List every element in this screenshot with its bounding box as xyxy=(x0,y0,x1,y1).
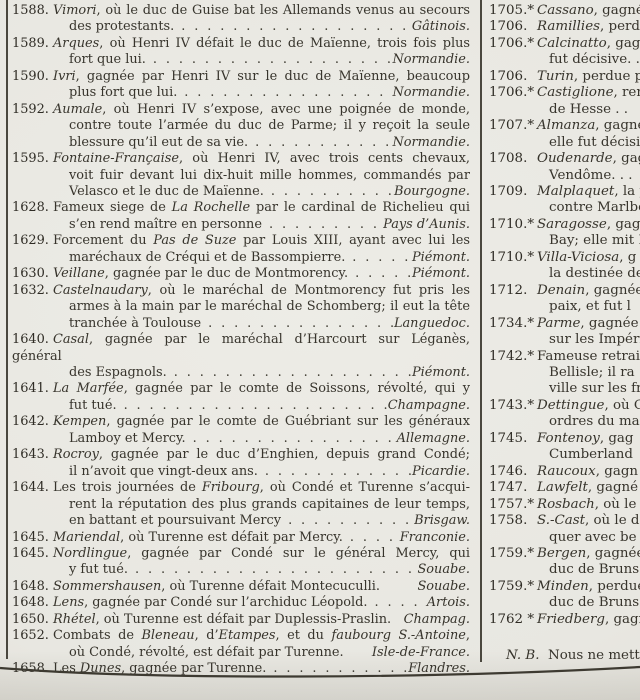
text-run: , gagnée par le duc d’Enghien, depuis gr… xyxy=(99,447,470,462)
entry-line: où Condé, révolté, est défait par Turenn… xyxy=(12,645,470,661)
place-name: Villa-Viciosa xyxy=(537,250,619,265)
entry-line: 1590.Ivri, gagnée par Henri IV sur le du… xyxy=(12,69,470,85)
entry-line: contre toute l’armée du duc de Parme; il… xyxy=(12,118,470,134)
entry-year: 1644. xyxy=(12,480,53,496)
right-column-battle-list-clipped: 1705.*Cassano, gagné1706.Ramillies, perd… xyxy=(489,3,640,665)
entry-text: des Espagnols. xyxy=(69,365,167,381)
text-run: , où le d xyxy=(585,513,640,528)
entry-year: 1628. xyxy=(12,200,53,216)
place-name: Parme xyxy=(537,316,580,331)
region-label: Champag. xyxy=(404,612,470,628)
battle-entry: 1648.Lens, gagnée par Condé sur l’archid… xyxy=(12,595,470,611)
text-run: , où Henri IV défait le duc de Maïenne, … xyxy=(99,36,470,51)
battle-entry: 1595.Fontaine-Française, où Henri IV, av… xyxy=(12,151,470,200)
entry-year: 1592. xyxy=(12,102,53,118)
battle-entry: 1652.Combats de Bleneau, d’Etampes, et d… xyxy=(12,628,470,661)
entry-line: 1650.Rhétel, où Turenne est défait par D… xyxy=(12,612,470,628)
entry-line: fort que lui.. . . . . . . . . . . . . .… xyxy=(12,52,470,68)
entry-line: des protestants.. . . . . . . . . . . . … xyxy=(12,19,470,35)
entry-line: 1648.Lens, gagnée par Condé sur l’archid… xyxy=(12,595,470,611)
region-label: Piémont. xyxy=(412,365,470,381)
battle-entry: 1712.Denain, gagnéepaix, et fut l xyxy=(489,283,640,316)
entry-line: 1589.Arques, où Henri IV défait le duc d… xyxy=(12,36,470,52)
entry-line: Cumberland xyxy=(489,447,640,463)
text-run: , perdue xyxy=(589,579,640,594)
place-name: Denain xyxy=(537,283,585,298)
text-run: , perdue pa xyxy=(574,69,640,84)
dot-leader xyxy=(391,612,403,628)
entry-line: 1645.Nordlingue, gagnée par Condé sur le… xyxy=(12,546,470,562)
text-run: y fut tué. xyxy=(69,562,128,577)
dot-leader: . . . . . . . . . . . . . . . . . . . . … xyxy=(186,431,397,447)
entry-text: Rhétel, où Turenne est défait par Duples… xyxy=(53,612,391,628)
entry-year: 1759.* xyxy=(489,579,537,595)
entry-line: de Hesse . . xyxy=(489,102,640,118)
entry-line: 1588.Vimori, où le duc de Guise bat les … xyxy=(12,3,470,19)
entry-year: 1706. xyxy=(489,19,537,35)
battle-entry: 1641.La Marfée, gagnée par le comte de S… xyxy=(12,381,470,414)
battle-entry: 1759.*Bergen, gagnéeduc de Bruns xyxy=(489,546,640,579)
text-run: ville sur les fro xyxy=(549,381,640,396)
text-run: Velasco et le duc de Maïenne. xyxy=(69,184,264,199)
text-run: de Hesse . . xyxy=(549,102,628,117)
text-run: , gag xyxy=(607,36,640,51)
region-label: Artois. xyxy=(427,595,470,611)
entry-year: 1648. xyxy=(12,595,53,611)
entry-text: fort que lui. xyxy=(69,52,146,68)
battle-entry: 1747.Lawfelt, gagné xyxy=(489,480,640,496)
entry-line: 1706.*Castiglione, rem xyxy=(489,85,640,101)
entry-year: 1640. xyxy=(12,332,53,348)
entry-year: 1652. xyxy=(12,628,53,644)
battle-entry: 1645.Mariendal, où Turenne est défait pa… xyxy=(12,530,470,546)
region-label: Piémont. xyxy=(412,266,470,282)
entry-year: 1588. xyxy=(12,3,53,19)
entry-year: 1642. xyxy=(12,414,53,430)
place-name: Fontenoy xyxy=(537,431,600,446)
text-run: , gagnée par le comte de Soissons, révol… xyxy=(124,381,470,396)
entry-line: elle fut décisi xyxy=(489,135,640,151)
entry-line: la destinée de xyxy=(489,266,640,282)
entry-year: 1710.* xyxy=(489,250,537,266)
entry-line: 1641.La Marfée, gagnée par le comte de S… xyxy=(12,381,470,397)
region-label: Franconie. xyxy=(400,530,470,546)
text-run: , gagnée par le comte de Guébriant sur l… xyxy=(106,414,470,429)
battle-entry: 1708.Oudenarde, gagVendôme. . . xyxy=(489,151,640,184)
battle-entry: 1710.*Saragosse, gagnBay; elle mit P xyxy=(489,217,640,250)
text-run: par Louis XIII, ayant avec lui les xyxy=(236,233,470,248)
scanned-book-page: . . . . . . . . . . . . . . . 1588.Vimor… xyxy=(0,0,640,700)
entry-line: 1710.*Villa-Viciosa, g xyxy=(489,250,640,266)
entry-line: 1709.Malplaquet, la p xyxy=(489,184,640,200)
place-name: Fontaine-Française xyxy=(53,151,179,166)
bottom-horizontal-rule xyxy=(0,660,640,694)
entry-text: blessure qu’il eut de sa vie. xyxy=(69,135,248,151)
dot-leader: . . . . . . . . . . . . . . . . . . . . … xyxy=(174,19,412,35)
text-run: voit fuir devant lui dix-huit mille homm… xyxy=(69,168,470,183)
entry-year: 1734.* xyxy=(489,316,537,332)
entry-line: Lamboy et Mercy.. . . . . . . . . . . . … xyxy=(12,431,470,447)
entry-year: 1630. xyxy=(12,266,53,282)
entry-line: en battant et poursuivant Mercy. . . . .… xyxy=(12,513,470,529)
place-name: La Rochelle xyxy=(172,200,251,215)
battle-entry: 1629.Forcement du Pas de Suze par Louis … xyxy=(12,233,470,266)
place-name: Turin xyxy=(537,69,574,84)
entry-year: 1648. xyxy=(12,579,53,595)
dot-leader: . . . . . . . . . . . . . . . . . . . . … xyxy=(343,530,400,546)
dot-leader xyxy=(344,645,372,661)
entry-line: blessure qu’il eut de sa vie.. . . . . .… xyxy=(12,135,470,151)
entry-line: 1742.*Fameuse retraite xyxy=(489,349,640,365)
battle-entry: 1628.Fameux siege de La Rochelle par le … xyxy=(12,200,470,233)
dot-leader: . . . . . . . . . . . . . . . . . . . . … xyxy=(367,595,426,611)
battle-entry: 1742.*Fameuse retraiteBellisle; il ravil… xyxy=(489,349,640,398)
text-run: , gagnée xyxy=(580,316,638,331)
text-run: des Espagnols. xyxy=(69,365,167,380)
text-run: Bay; elle mit P xyxy=(549,233,640,248)
entry-line: Vendôme. . . xyxy=(489,168,640,184)
battle-entry: 1640.Casal, gagnée par le maréchal d’Har… xyxy=(12,332,470,381)
place-name: faubourg S.-Antoine xyxy=(331,628,465,643)
region-label: Bourgogne. xyxy=(394,184,470,200)
text-run: Fameuse retraite xyxy=(537,349,640,364)
battle-entry: 1632.Castelnaudary, où le maréchal de Mo… xyxy=(12,283,470,332)
text-run: , la p xyxy=(614,184,640,199)
entry-line: Bay; elle mit P xyxy=(489,233,640,249)
dot-leader: . . . . . . . . . . . . . . . . . . . . … xyxy=(146,52,393,68)
left-border-rule xyxy=(6,0,8,659)
text-run: Combats de xyxy=(53,628,141,643)
text-run: paix, et fut l xyxy=(549,299,631,314)
text-run: par le cardinal de Richelieu qui xyxy=(250,200,470,215)
region-label: Souabe. xyxy=(417,562,470,578)
entry-line: 1710.*Saragosse, gagn xyxy=(489,217,640,233)
place-name: Minden xyxy=(537,579,589,594)
text-run: , où le duc de Guise bat les Allemands v… xyxy=(96,3,470,18)
text-run: , gagnée xyxy=(585,283,640,298)
entry-year: 1643. xyxy=(12,447,53,463)
entry-year: 1746. xyxy=(489,464,537,480)
entry-line: 1707.*Almanza, gagné xyxy=(489,118,640,134)
entry-year: 1650. xyxy=(12,612,53,628)
entry-line: 1643.Rocroy, gagnée par le duc d’Enghien… xyxy=(12,447,470,463)
entry-text: des protestants. xyxy=(69,19,174,35)
text-run: , gagné xyxy=(595,118,640,133)
text-run: armes à la main par le maréchal de Schom… xyxy=(69,299,470,314)
place-name: Almanza xyxy=(537,118,595,133)
text-run: , gagn xyxy=(596,464,638,479)
entry-line: 1759.*Minden, perdue xyxy=(489,579,640,595)
text-run: quer avec be xyxy=(549,530,637,545)
text-run: , gagné xyxy=(594,3,640,18)
battle-entry: 1643.Rocroy, gagnée par le duc d’Enghien… xyxy=(12,447,470,480)
text-run: il n’avoit que vingt-deux ans. xyxy=(69,464,258,479)
dot-leader: . . . . . . . . . . . . . . . . . . . . … xyxy=(117,398,388,414)
text-run: ordres du ma xyxy=(549,414,640,429)
text-run: , où le r xyxy=(595,497,640,512)
text-run: en battant et poursuivant Mercy xyxy=(69,513,281,528)
battle-entry: 1706.*Castiglione, remde Hesse . . xyxy=(489,85,640,118)
entry-text: Lamboy et Mercy. xyxy=(69,431,186,447)
dot-leader: . . . . . . . . . . . . . . . . . . . . … xyxy=(167,365,412,381)
dot-leader: . . . . . . . . . . . . . . . . . . . . … xyxy=(128,562,417,578)
text-run: , gagnée par Condé sur l’archiduc Léopol… xyxy=(84,595,367,610)
entry-text: plus fort que lui. xyxy=(69,85,177,101)
region-label: Gâtinois. xyxy=(412,19,470,35)
entry-line: 1592.Aumale, où Henri IV s’expose, avec … xyxy=(12,102,470,118)
entry-line: 1652.Combats de Bleneau, d’Etampes, et d… xyxy=(12,628,470,644)
battle-entry: 1758.S.-Cast, où le dquer avec be xyxy=(489,513,640,546)
text-run: maréchaux de Créqui et de Bassompierre. xyxy=(69,250,345,265)
entry-year: 1707.* xyxy=(489,118,537,134)
battle-entry: 1762 *Friedberg, gagn xyxy=(489,612,640,628)
place-name: Veillane xyxy=(53,266,105,281)
battle-entry: 1710.*Villa-Viciosa, gla destinée de xyxy=(489,250,640,283)
entry-year: 1743.* xyxy=(489,398,537,414)
left-column-battle-list: 1588.Vimori, où le duc de Guise bat les … xyxy=(12,3,470,678)
place-name: Arques xyxy=(53,36,99,51)
entry-line: voit fuir devant lui dix-huit mille homm… xyxy=(12,168,470,184)
entry-line: 1746.Raucoux, gagn xyxy=(489,464,640,480)
entry-year: 1589. xyxy=(12,36,53,52)
entry-line: armes à la main par le maréchal de Schom… xyxy=(12,299,470,315)
text-run: Vendôme. . . xyxy=(549,168,633,183)
entry-line: 1706.Ramillies, perdu xyxy=(489,19,640,35)
region-label: Picardie. xyxy=(412,464,470,480)
text-run: , gagné xyxy=(588,480,638,495)
entry-text: y fut tué. xyxy=(69,562,128,578)
column-divider-rule xyxy=(480,0,482,662)
entry-line: 1629.Forcement du Pas de Suze par Louis … xyxy=(12,233,470,249)
region-label: Normandie. xyxy=(392,52,470,68)
text-run: duc de Bruns xyxy=(549,562,639,577)
text-run: s’en rend maître en personne xyxy=(69,217,262,232)
place-name: Fribourg xyxy=(202,480,260,495)
entry-text: maréchaux de Créqui et de Bassompierre. xyxy=(69,250,345,266)
battle-entry: 1706.*Calcinatto, gagfut décisive. . xyxy=(489,36,640,69)
entry-line: 1757.*Rosbach, où le r xyxy=(489,497,640,513)
entry-line: plus fort que lui.. . . . . . . . . . . … xyxy=(12,85,470,101)
place-name: Raucoux xyxy=(537,464,596,479)
text-run: , où Turenne est défait par Duplessis-Pr… xyxy=(96,612,392,627)
entry-line: 1645.Mariendal, où Turenne est défait pa… xyxy=(12,530,470,546)
entry-line: tranchée à Toulouse. . . . . . . . . . .… xyxy=(12,316,470,332)
text-run: elle fut décisi xyxy=(549,135,640,150)
place-name: Calcinatto xyxy=(537,36,607,51)
entry-year: 1705.* xyxy=(489,3,537,19)
place-name: Oudenarde xyxy=(537,151,613,166)
place-name: Vimori xyxy=(53,3,96,18)
battle-entry: 1588.Vimori, où le duc de Guise bat les … xyxy=(12,3,470,36)
place-name: Castelnaudary xyxy=(53,283,148,298)
entry-line: y fut tué.. . . . . . . . . . . . . . . … xyxy=(12,562,470,578)
entry-line: 1705.*Cassano, gagné xyxy=(489,3,640,19)
entry-line: 1706.Turin, perdue pa xyxy=(489,69,640,85)
text-run: Lamboy et Mercy. xyxy=(69,431,186,446)
entry-year: 1706.* xyxy=(489,85,537,101)
battle-entry: 1706.Turin, perdue pa xyxy=(489,69,640,85)
text-run: des protestants. xyxy=(69,19,174,34)
entry-line: 1734.*Parme, gagnée xyxy=(489,316,640,332)
battle-entry: 1650.Rhétel, où Turenne est défait par D… xyxy=(12,612,470,628)
place-name: Dettingue xyxy=(537,398,604,413)
region-label: Piémont. xyxy=(412,250,470,266)
entry-text: il n’avoit que vingt-deux ans. xyxy=(69,464,258,480)
place-name: Saragosse xyxy=(537,217,607,232)
place-name: Cassano xyxy=(537,3,594,18)
place-name: Rosbach xyxy=(537,497,595,512)
text-run: où Condé, révolté, est défait par Turenn… xyxy=(69,645,344,660)
entry-line: 1648.Sommershausen, où Turenne défait Mo… xyxy=(12,579,470,595)
entry-year: 1709. xyxy=(489,184,537,200)
entry-line: 1630.Veillane, gagnée par le duc de Mont… xyxy=(12,266,470,282)
entry-line: 1762 *Friedberg, gagn xyxy=(489,612,640,628)
dot-leader xyxy=(380,579,417,595)
place-name: Malplaquet xyxy=(537,184,614,199)
entry-text: s’en rend maître en personne xyxy=(69,217,262,233)
entry-line: 1644.Les trois journées de Fribourg, où … xyxy=(12,480,470,496)
place-name: Rhétel xyxy=(53,612,96,627)
dot-leader: . . . . . . . . . . . . . . . . . . . . … xyxy=(248,135,392,151)
entry-year: 1757.* xyxy=(489,497,537,513)
place-name: La Marfée xyxy=(53,381,124,396)
place-name: Bleneau xyxy=(141,628,194,643)
entry-line: duc de Bruns xyxy=(489,595,640,611)
place-name: Castiglione xyxy=(537,85,614,100)
entry-line: s’en rend maître en personne. . . . . . … xyxy=(12,217,470,233)
entry-line: Velasco et le duc de Maïenne.. . . . . .… xyxy=(12,184,470,200)
entry-text: Sommershausen, où Turenne défait Montecu… xyxy=(53,579,380,595)
entry-year: 1758. xyxy=(489,513,537,529)
dot-leader: . . . . . . . . . . . . . . . . . . . . … xyxy=(262,217,383,233)
text-run: , où le maréchal de Montmorency fut pris… xyxy=(148,283,470,298)
text-run: , d’ xyxy=(195,628,219,643)
place-name: Bergen xyxy=(537,546,586,561)
dot-leader: . . . . . . . . . . . . . . . . . . . . … xyxy=(201,316,394,332)
text-run: , g xyxy=(619,250,636,265)
text-run: , gag xyxy=(600,431,634,446)
entry-year: 1632. xyxy=(12,283,53,299)
text-run: , gag xyxy=(613,151,640,166)
battle-entry: 1745.Fontenoy, gagCumberland xyxy=(489,431,640,464)
region-label: Languedoc. xyxy=(394,316,470,332)
region-label: Normandie. xyxy=(392,135,470,151)
text-run: fut tué. xyxy=(69,398,117,413)
text-run: Fameux siege de xyxy=(53,200,172,215)
battle-entry: 1644.Les trois journées de Fribourg, où … xyxy=(12,480,470,529)
battle-entry: 1592.Aumale, où Henri IV s’expose, avec … xyxy=(12,102,470,151)
entry-year: 1645. xyxy=(12,546,53,562)
text-run: Cumberland xyxy=(549,447,633,462)
text-run: Forcement du xyxy=(53,233,153,248)
place-name: Aumale xyxy=(53,102,102,117)
region-label: Souabe. xyxy=(417,579,470,595)
place-name: Etampes xyxy=(219,628,276,643)
entry-line: rent la réputation des plus grands capit… xyxy=(12,497,470,513)
entry-year: 1708. xyxy=(489,151,537,167)
text-run: , où C xyxy=(604,398,640,413)
place-name: Casal xyxy=(53,332,89,347)
entry-year: 1710.* xyxy=(489,217,537,233)
text-run: la destinée de xyxy=(549,266,640,281)
text-run: , gagnée xyxy=(586,546,640,561)
dot-leader: . . . . . . . . . . . . . . . . . . . . … xyxy=(258,464,412,480)
battle-entry: 1709.Malplaquet, la pcontre Marlbo xyxy=(489,184,640,217)
battle-entry: 1707.*Almanza, gagnéelle fut décisi xyxy=(489,118,640,151)
entry-text: où Condé, révolté, est défait par Turenn… xyxy=(69,645,344,661)
battle-entry: 1589.Arques, où Henri IV défait le duc d… xyxy=(12,36,470,69)
entry-line: des Espagnols.. . . . . . . . . . . . . … xyxy=(12,365,470,381)
entry-text: Lens, gagnée par Condé sur l’archiduc Lé… xyxy=(53,595,367,611)
entry-line: duc de Bruns xyxy=(489,562,640,578)
entry-line: Bellisle; il ra xyxy=(489,365,640,381)
dot-leader: . . . . . . . . . . . . . . . . . . . . … xyxy=(348,266,412,282)
entry-line: 1745.Fontenoy, gag xyxy=(489,431,640,447)
region-label: Brisgaw. xyxy=(414,513,470,529)
place-name: Pas de Suze xyxy=(153,233,236,248)
dot-leader: . . . . . . . . . . . . . . . . . . . . … xyxy=(264,184,394,200)
dot-leader: . . . . . . . . . . . . . . . . . . . . … xyxy=(177,85,392,101)
entry-year: 1762 * xyxy=(489,612,537,628)
text-run: , gagnée par Condé sur le général Mercy,… xyxy=(127,546,470,561)
battle-entry: 1757.*Rosbach, où le r xyxy=(489,497,640,513)
entry-year: 1706. xyxy=(489,69,537,85)
entry-line: 1706.*Calcinatto, gag xyxy=(489,36,640,52)
battle-entry: 1746.Raucoux, gagn xyxy=(489,464,640,480)
battle-entry: 1642.Kempen, gagnée par le comte de Guéb… xyxy=(12,414,470,447)
text-run: tranchée à Toulouse xyxy=(69,316,201,331)
battle-entry: 1734.*Parme, gagnéesur les Impéri xyxy=(489,316,640,349)
entry-line: paix, et fut l xyxy=(489,299,640,315)
battle-entry: 1706.Ramillies, perdu xyxy=(489,19,640,35)
text-run: , gagn xyxy=(607,217,640,232)
entry-year: 1747. xyxy=(489,480,537,496)
entry-line: 1743.*Dettingue, où C xyxy=(489,398,640,414)
entry-text: Mariendal, où Turenne est défait par Mer… xyxy=(53,530,343,546)
text-run: sur les Impéri xyxy=(549,332,640,347)
entry-line: ville sur les fro xyxy=(489,381,640,397)
place-name: Lawfelt xyxy=(537,480,588,495)
text-run: , xyxy=(466,628,470,643)
text-run: Bellisle; il ra xyxy=(549,365,635,380)
text-run: contre Marlbo xyxy=(549,200,640,215)
entry-line: 1595.Fontaine-Française, où Henri IV, av… xyxy=(12,151,470,167)
battle-entry: 1590.Ivri, gagnée par Henri IV sur le du… xyxy=(12,69,470,102)
entry-year: 1629. xyxy=(12,233,53,249)
entry-line: maréchaux de Créqui et de Bassompierre..… xyxy=(12,250,470,266)
battle-entry: 1705.*Cassano, gagné xyxy=(489,3,640,19)
entry-line: quer avec be xyxy=(489,530,640,546)
battle-entry: 1759.*Minden, perdueduc de Bruns xyxy=(489,579,640,612)
text-run: , perdu xyxy=(600,19,640,34)
entry-line: ordres du ma xyxy=(489,414,640,430)
entry-line: il n’avoit que vingt-deux ans.. . . . . … xyxy=(12,464,470,480)
entry-text: en battant et poursuivant Mercy xyxy=(69,513,281,529)
text-run: , gagnée par le duc de Montmorency. xyxy=(105,266,348,281)
entry-text: tranchée à Toulouse xyxy=(69,316,201,332)
entry-line: 1628.Fameux siege de La Rochelle par le … xyxy=(12,200,470,216)
text-run: , gagnée par Henri IV sur le duc de Maïe… xyxy=(76,69,470,84)
place-name: Nordlingue xyxy=(53,546,127,561)
entry-year: 1706.* xyxy=(489,36,537,52)
text-run: blessure qu’il eut de sa vie. xyxy=(69,135,248,150)
region-label: Normandie. xyxy=(392,85,470,101)
text-run: , où Condé et Turenne s’acqui- xyxy=(260,480,470,495)
place-name: Lens xyxy=(53,595,84,610)
entry-year: 1645. xyxy=(12,530,53,546)
text-run: Les trois journées de xyxy=(53,480,202,495)
entry-year: 1590. xyxy=(12,69,53,85)
